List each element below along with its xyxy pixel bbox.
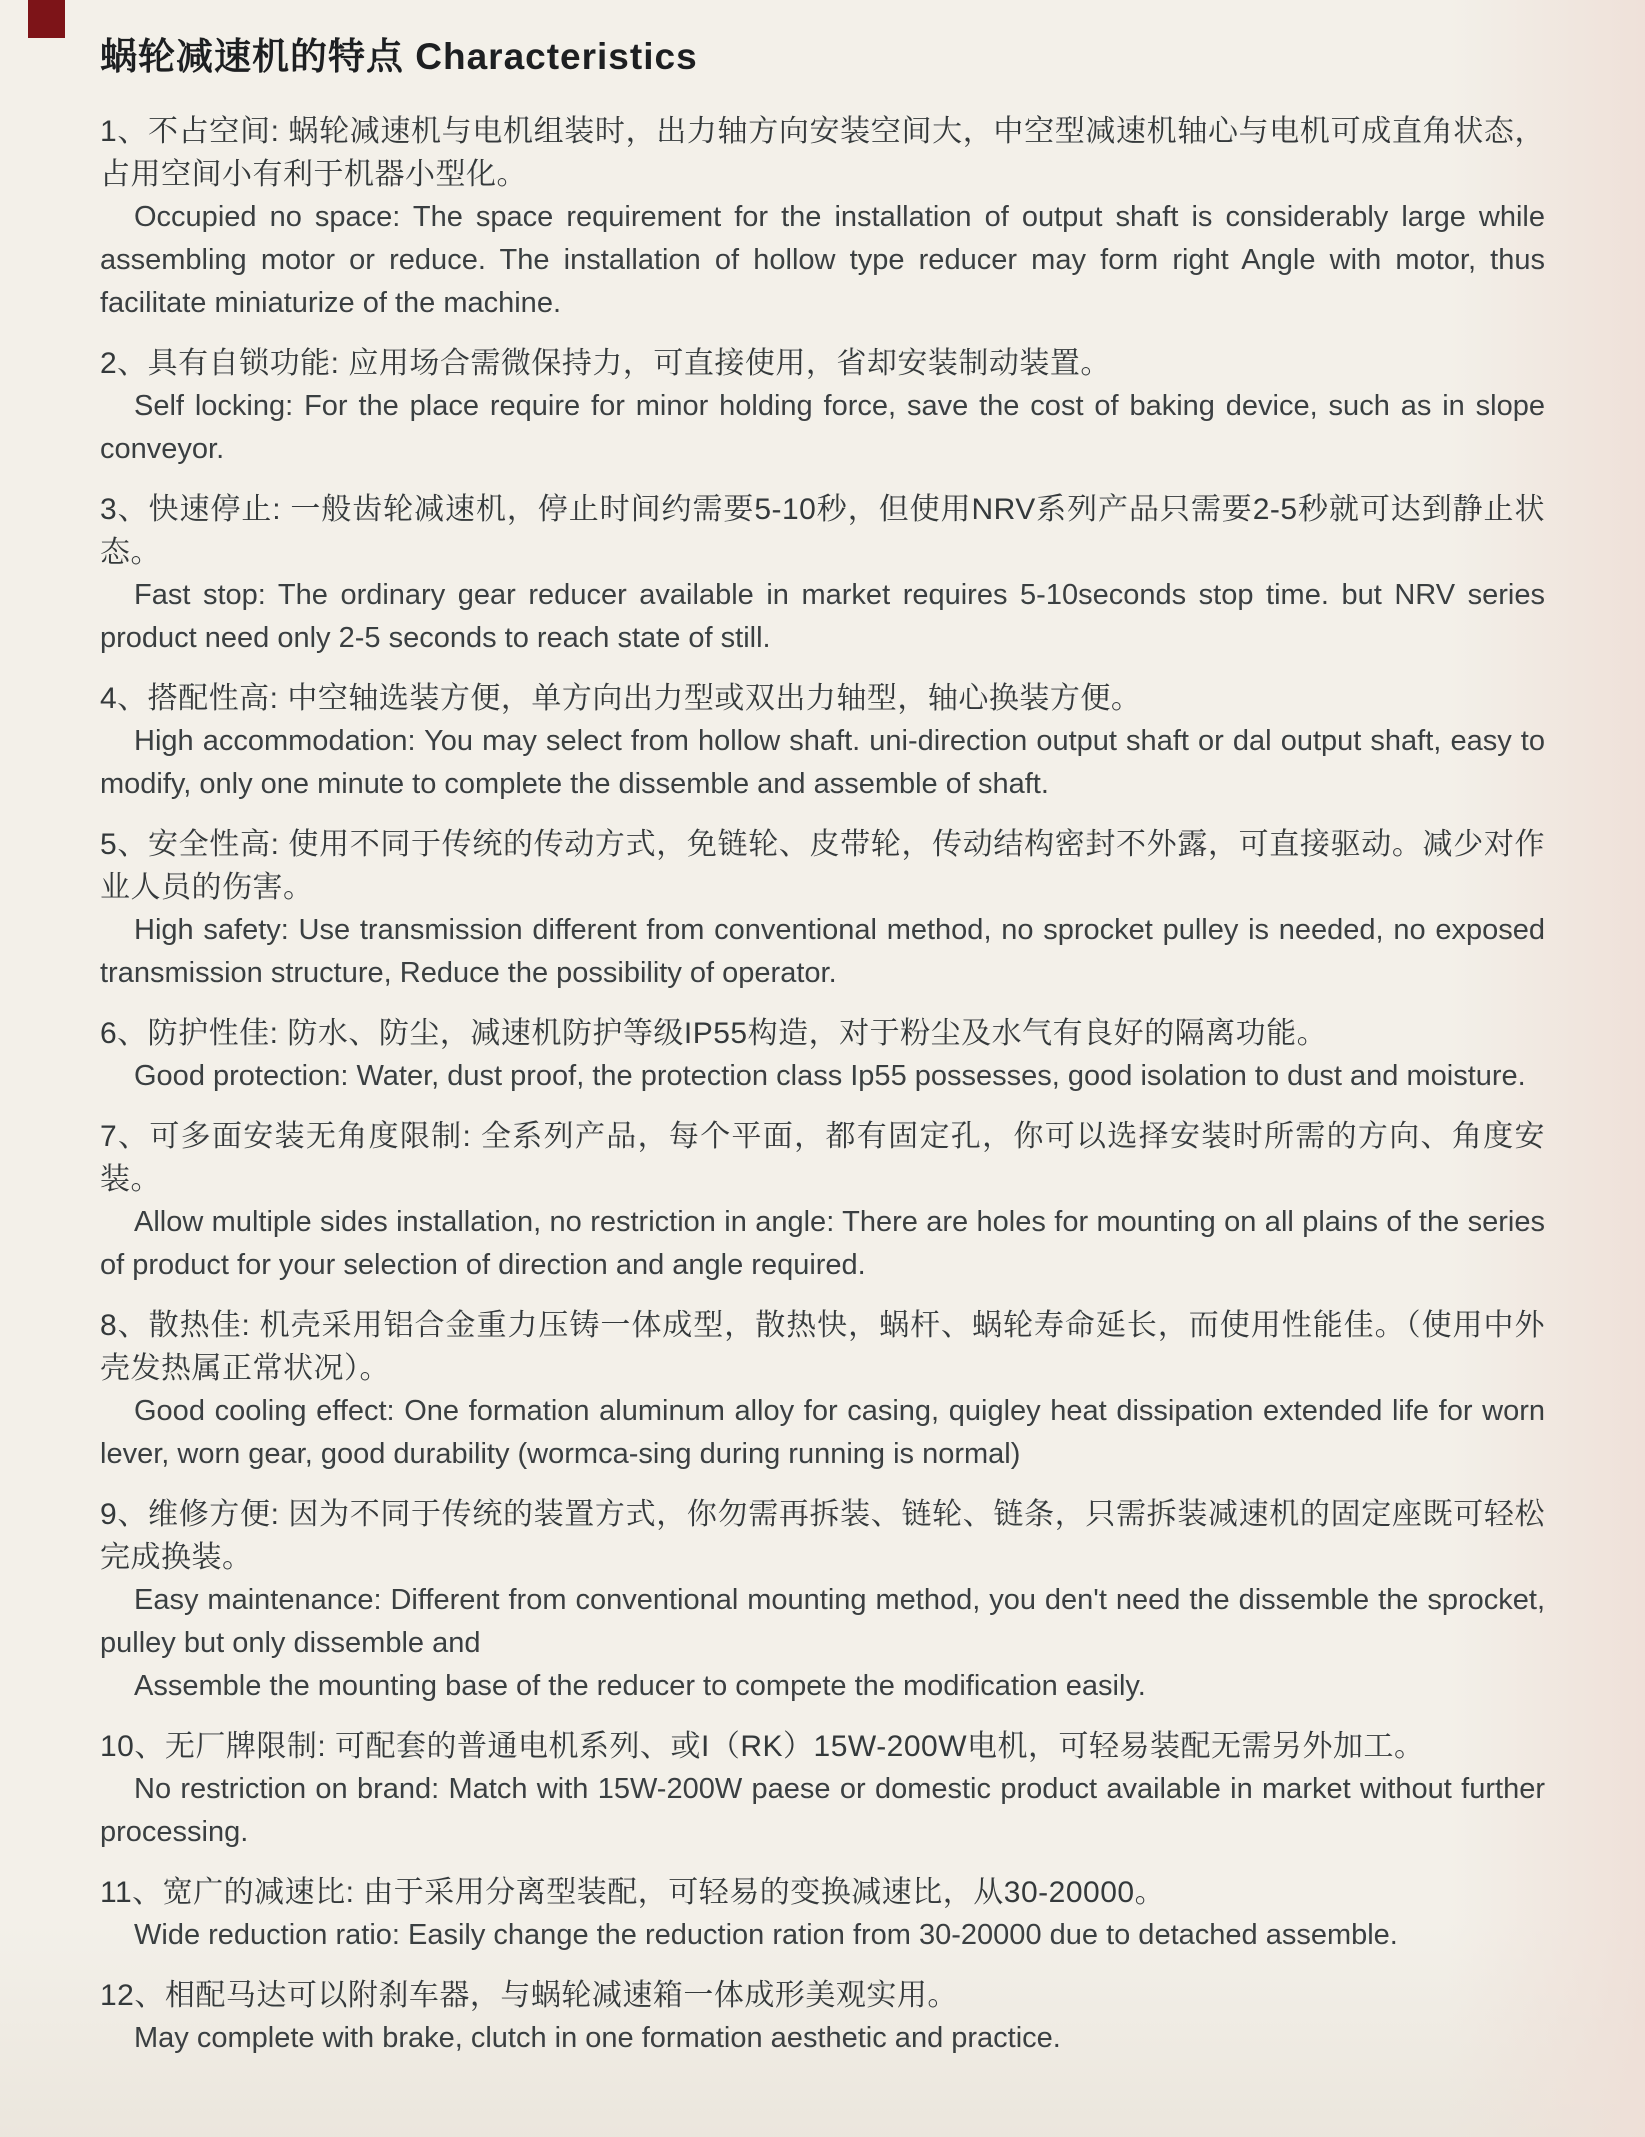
characteristic-english-text: Fast stop: The ordinary gear reducer ava… [100, 574, 1545, 660]
characteristic-item-2: 2、具有自锁功能: 应用场合需微保持力，可直接使用，省却安装制动装置。 Self… [100, 342, 1545, 471]
characteristic-item-7: 7、可多面安装无角度限制: 全系列产品，每个平面，都有固定孔，你可以选择安装时所… [100, 1115, 1545, 1287]
characteristic-item-6: 6、防护性佳: 防水、防尘，减速机防护等级IP55构造，对于粉尘及水气有良好的隔… [100, 1012, 1545, 1098]
characteristic-english-text: May complete with brake, clutch in one f… [100, 2017, 1545, 2060]
characteristic-chinese-text: 6、防护性佳: 防水、防尘，减速机防护等级IP55构造，对于粉尘及水气有良好的隔… [100, 1012, 1545, 1055]
characteristic-chinese-text: 11、宽广的减速比: 由于采用分离型装配，可轻易的变换减速比，从30-20000… [100, 1871, 1545, 1914]
characteristic-chinese-text: 10、无厂牌限制: 可配套的普通电机系列、或I（RK）15W-200W电机，可轻… [100, 1725, 1545, 1768]
characteristic-item-4: 4、搭配性高: 中空轴选装方便，单方向出力型或双出力轴型，轴心换装方便。 Hig… [100, 677, 1545, 806]
characteristic-item-3: 3、快速停止: 一般齿轮减速机，停止时间约需要5-10秒，但使用NRV系列产品只… [100, 488, 1545, 660]
characteristic-item-1: 1、不占空间: 蜗轮减速机与电机组装时，出力轴方向安装空间大，中空型减速机轴心与… [100, 110, 1545, 325]
characteristic-english-text: Easy maintenance: Different from convent… [100, 1579, 1545, 1665]
characteristic-english-text: Good protection: Water, dust proof, the … [100, 1055, 1545, 1098]
characteristic-chinese-text: 8、散热佳: 机壳采用铝合金重力压铸一体成型，散热快，蜗杆、蜗轮寿命延长，而使用… [100, 1304, 1545, 1390]
characteristic-item-5: 5、安全性高: 使用不同于传统的传动方式，免链轮、皮带轮，传动结构密封不外露，可… [100, 823, 1545, 995]
page-title: 蜗轮减速机的特点 Characteristics [100, 26, 1545, 80]
characteristic-item-11: 11、宽广的减速比: 由于采用分离型装配，可轻易的变换减速比，从30-20000… [100, 1871, 1545, 1957]
characteristic-english-text: High accommodation: You may select from … [100, 720, 1545, 806]
page-corner-mark [28, 0, 65, 38]
characteristic-item-12: 12、相配马达可以附刹车器，与蜗轮减速箱一体成形美观实用。 May comple… [100, 1974, 1545, 2060]
characteristic-english-text: Occupied no space: The space requirement… [100, 196, 1545, 325]
characteristic-english-text: Self locking: For the place require for … [100, 385, 1545, 471]
characteristic-english-text: No restriction on brand: Match with 15W-… [100, 1768, 1545, 1854]
characteristic-english-text: High safety: Use transmission different … [100, 909, 1545, 995]
characteristics-list: 1、不占空间: 蜗轮减速机与电机组装时，出力轴方向安装空间大，中空型减速机轴心与… [100, 110, 1545, 2060]
characteristic-chinese-text: 7、可多面安装无角度限制: 全系列产品，每个平面，都有固定孔，你可以选择安装时所… [100, 1115, 1545, 1201]
characteristic-chinese-text: 1、不占空间: 蜗轮减速机与电机组装时，出力轴方向安装空间大，中空型减速机轴心与… [100, 110, 1545, 196]
characteristic-english-text: Wide reduction ratio: Easily change the … [100, 1914, 1545, 1957]
characteristic-item-10: 10、无厂牌限制: 可配套的普通电机系列、或I（RK）15W-200W电机，可轻… [100, 1725, 1545, 1854]
characteristic-chinese-text: 4、搭配性高: 中空轴选装方便，单方向出力型或双出力轴型，轴心换装方便。 [100, 677, 1545, 720]
characteristic-item-9: 9、维修方便: 因为不同于传统的装置方式，你勿需再拆装、链轮、链条，只需拆装减速… [100, 1493, 1545, 1708]
characteristic-english-text: Allow multiple sides installation, no re… [100, 1201, 1545, 1287]
characteristic-chinese-text: 3、快速停止: 一般齿轮减速机，停止时间约需要5-10秒，但使用NRV系列产品只… [100, 488, 1545, 574]
characteristic-english-text-2: Assemble the mounting base of the reduce… [100, 1665, 1545, 1708]
characteristic-chinese-text: 2、具有自锁功能: 应用场合需微保持力，可直接使用，省却安装制动装置。 [100, 342, 1545, 385]
characteristic-item-8: 8、散热佳: 机壳采用铝合金重力压铸一体成型，散热快，蜗杆、蜗轮寿命延长，而使用… [100, 1304, 1545, 1476]
characteristic-chinese-text: 12、相配马达可以附刹车器，与蜗轮减速箱一体成形美观实用。 [100, 1974, 1545, 2017]
characteristic-chinese-text: 9、维修方便: 因为不同于传统的装置方式，你勿需再拆装、链轮、链条，只需拆装减速… [100, 1493, 1545, 1579]
characteristic-english-text: Good cooling effect: One formation alumi… [100, 1390, 1545, 1476]
catalog-page: 蜗轮减速机的特点 Characteristics 1、不占空间: 蜗轮减速机与电… [0, 0, 1645, 2137]
characteristic-chinese-text: 5、安全性高: 使用不同于传统的传动方式，免链轮、皮带轮，传动结构密封不外露，可… [100, 823, 1545, 909]
